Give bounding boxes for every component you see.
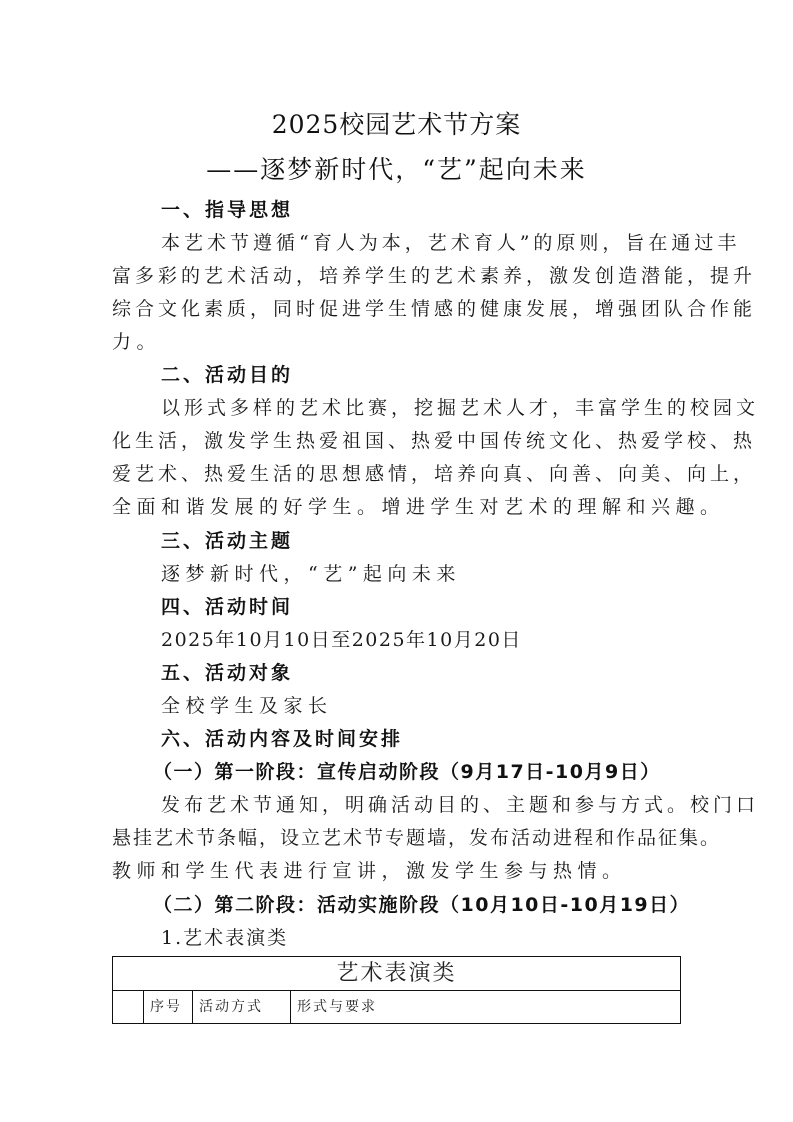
paragraph-line: 全校学生及家长 [161,690,682,723]
paragraph-line: 富多彩的艺术活动，培养学生的艺术素养，激发创造潜能，提升 [112,260,682,293]
section-heading-theme: 三、活动主题 [161,525,682,558]
paragraph-line: 全面和谐发展的好学生。增进学生对艺术的理解和兴趣。 [112,491,682,524]
paragraph-line: 本艺术节遵循“育人为本，艺术育人”的原则，旨在通过丰 [161,227,682,260]
paragraph-line: 爱艺术、热爱生活的思想感情，培养向真、向善、向美、向上， [112,458,682,491]
paragraph-line: 教师和学生代表进行宣讲，激发学生参与热情。 [112,855,682,888]
paragraph-line: 逐梦新时代，“艺”起向未来 [161,558,682,591]
document-title: 2025校园艺术节方案 [0,108,793,142]
paragraph-line: 悬挂艺术节条幅，设立艺术节专题墙，发布活动进程和作品征集。 [112,822,682,855]
table-header-blank [113,991,144,1024]
table-header-index: 序号 [144,991,193,1024]
document-page: 2025校园艺术节方案 ——逐梦新时代，“艺”起向未来 一、指导思想 本艺术节遵… [0,0,793,1122]
paragraph-line: 2025年10月10日至2025年10月20日 [161,624,682,657]
table-header-activity-type: 活动方式 [193,991,291,1024]
paragraph-line: 力。 [112,326,682,359]
section-heading-time: 四、活动时间 [161,591,682,624]
list-item-art-performance: 1.艺术表演类 [161,922,682,955]
table-title: 艺术表演类 [113,957,681,991]
paragraph-line: 以形式多样的艺术比赛，挖掘艺术人才，丰富学生的校园文 [161,392,682,425]
paragraph-line: 发布艺术节通知，明确活动目的、主题和参与方式。校门口 [161,789,682,822]
table-header-row: 序号 活动方式 形式与要求 [113,991,681,1024]
art-performance-table: 艺术表演类 序号 活动方式 形式与要求 [112,956,680,1024]
section-heading-guiding-ideology: 一、指导思想 [161,194,682,227]
paragraph-line: 化生活，激发学生热爱祖国、热爱中国传统文化、热爱学校、热 [112,425,682,458]
section-heading-participants: 五、活动对象 [161,657,682,690]
document-subtitle: ——逐梦新时代，“艺”起向未来 [0,153,793,187]
table-header-format-requirements: 形式与要求 [291,991,681,1024]
subsection-heading-phase-two: （二）第二阶段：活动实施阶段（10月10日-10月19日） [153,889,723,922]
section-heading-content-schedule: 六、活动内容及时间安排 [161,723,682,756]
paragraph-line: 综合文化素质，同时促进学生情感的健康发展，增强团队合作能 [112,293,682,326]
section-heading-purpose: 二、活动目的 [161,359,682,392]
subsection-heading-phase-one: （一）第一阶段：宣传启动阶段（9月17日-10月9日） [153,756,723,789]
